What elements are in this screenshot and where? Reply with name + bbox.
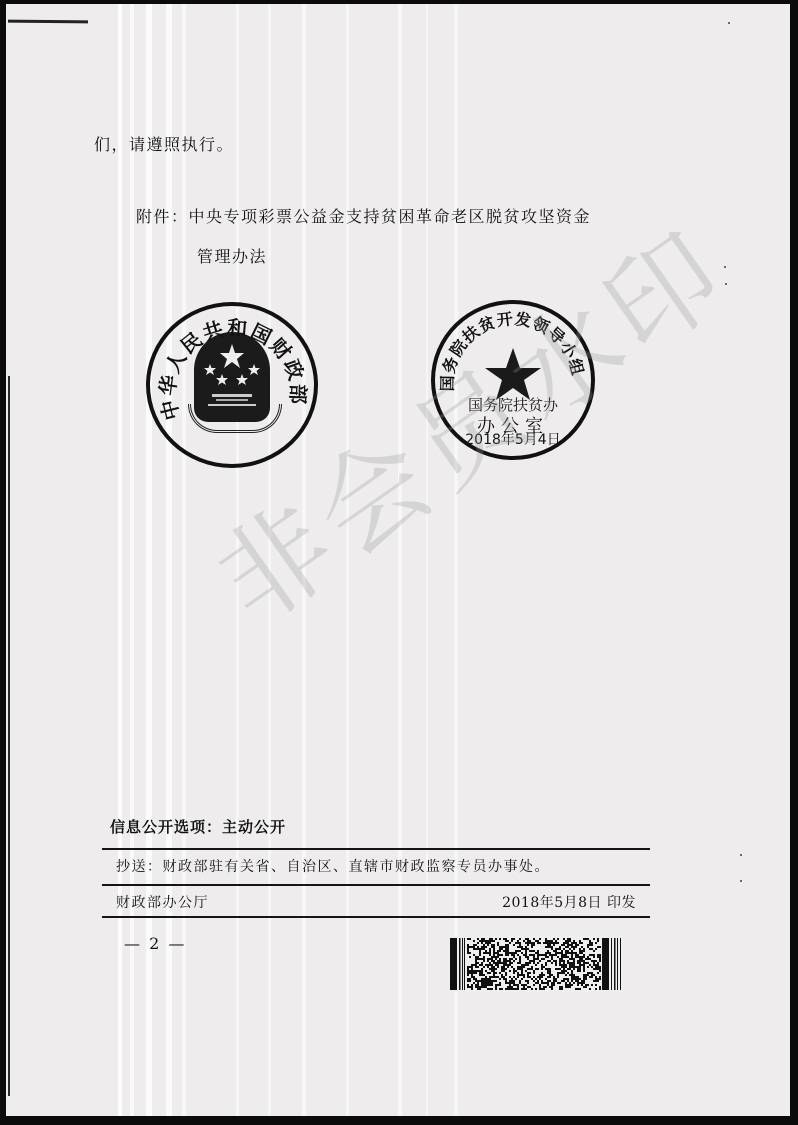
document-page: 们，请遵照执行。 附件：中央专项彩票公益金支持贫困革命老区脱贫攻坚资金 管理办法… <box>6 4 790 1116</box>
divider <box>102 848 650 850</box>
page-number: — 2 — <box>124 934 186 953</box>
pdf417-barcode-icon <box>450 936 624 992</box>
info-disclosure-option: 信息公开选项：主动公开 <box>110 816 286 837</box>
attachment-title: 中央专项彩票公益金支持贫困革命老区脱贫攻坚资金 <box>189 207 592 226</box>
attachment-title-continued: 管理办法 <box>197 244 267 267</box>
attachment-label: 附件： <box>136 207 189 226</box>
scan-edge-mark <box>8 20 88 24</box>
scan-speck <box>724 266 726 268</box>
seal-ring-text: 中华人民共和国财政部 <box>150 306 314 464</box>
ministry-of-finance-seal: 中华人民共和国财政部 <box>146 302 318 468</box>
scan-speck <box>740 880 742 882</box>
scan-speck <box>740 854 742 856</box>
svg-text:中华人民共和国财政部: 中华人民共和国财政部 <box>155 315 310 422</box>
divider <box>102 916 650 918</box>
attachment-line: 附件：中央专项彩票公益金支持贫困革命老区脱贫攻坚资金 <box>136 204 591 227</box>
body-text-line: 们，请遵照执行。 <box>94 132 234 155</box>
binding-line <box>8 376 10 1096</box>
issuing-office: 财政部办公厅 <box>116 892 209 912</box>
divider <box>102 884 650 886</box>
cc-recipients: 抄送：财政部驻有关省、自治区、直辖市财政监察专员办事处。 <box>116 856 550 876</box>
issue-date: 2018年5月8日 印发 <box>502 892 636 912</box>
scan-speck <box>728 22 730 24</box>
